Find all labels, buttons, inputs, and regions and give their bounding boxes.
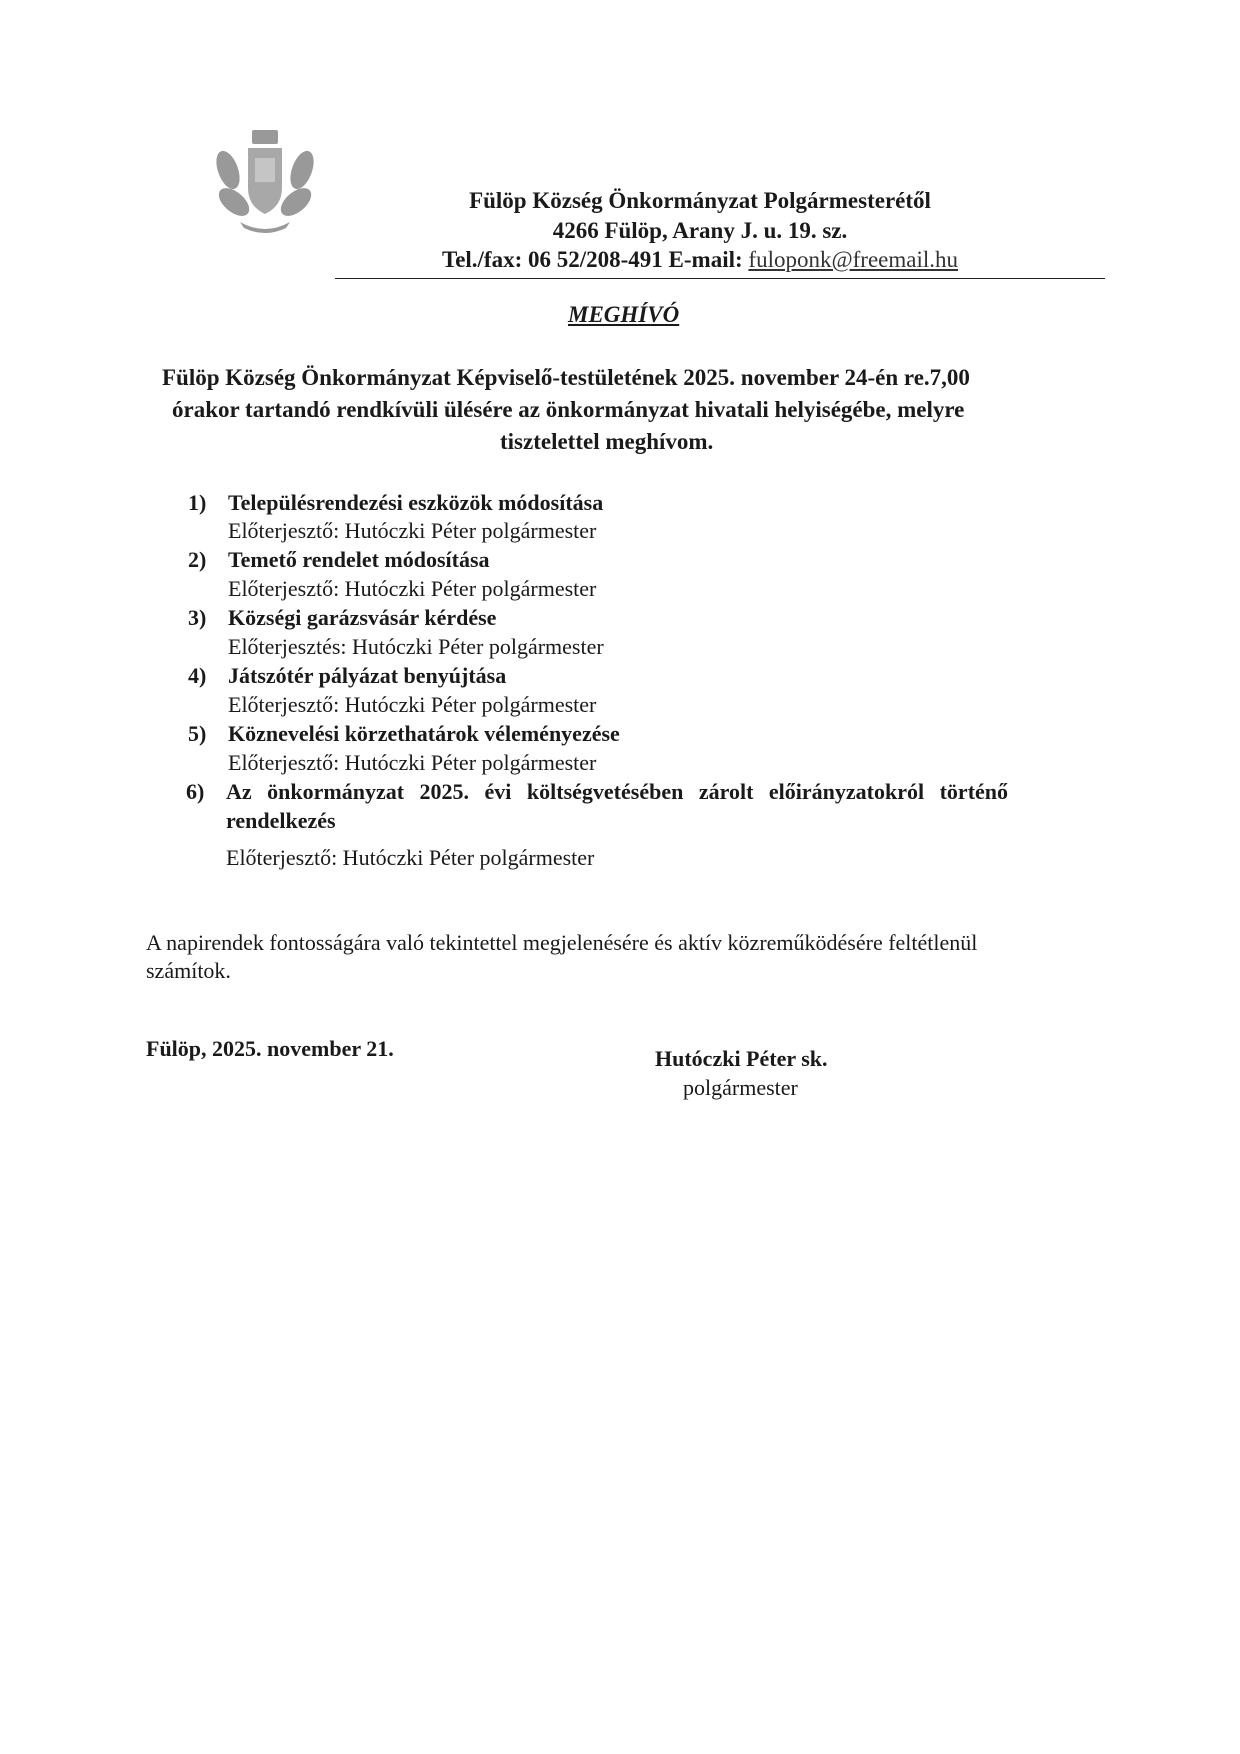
document-title: MEGHÍVÓ bbox=[568, 302, 679, 328]
intro-line-3: tisztelettel meghívom. bbox=[500, 429, 713, 455]
agenda-presenter: Előterjesztő: Hutóczki Péter polgármeste… bbox=[228, 692, 596, 718]
agenda-title: Játszótér pályázat benyújtása bbox=[228, 663, 506, 689]
agenda-title: Településrendezési eszközök módosítása bbox=[228, 490, 603, 516]
signature-name: Hutóczki Péter sk. bbox=[655, 1046, 828, 1072]
agenda-number: 5) bbox=[188, 721, 206, 747]
agenda-presenter: Előterjesztő: Hutóczki Péter polgármeste… bbox=[228, 750, 596, 776]
agenda-title: Köznevelési körzethatárok véleményezése bbox=[228, 721, 620, 747]
agenda-title: Községi garázsvásár kérdése bbox=[228, 605, 496, 631]
intro-line-1: Fülöp Község Önkormányzat Képviselő-test… bbox=[162, 365, 970, 391]
agenda-presenter: Előterjesztő: Hutóczki Péter polgármeste… bbox=[228, 576, 596, 602]
agenda-title: Az önkormányzat 2025. évi költségvetéséb… bbox=[226, 779, 1008, 805]
agenda-title-cont: rendelkezés bbox=[226, 808, 336, 834]
email-link[interactable]: fuloponk@freemail.hu bbox=[748, 247, 958, 272]
signature-role: polgármester bbox=[683, 1075, 798, 1101]
agenda-title: Temető rendelet módosítása bbox=[228, 547, 490, 573]
letterhead-address: 4266 Fülöp, Arany J. u. 19. sz. bbox=[330, 218, 1070, 244]
agenda-number: 6) bbox=[186, 779, 204, 805]
agenda-presenter: Előterjesztés: Hutóczki Péter polgármest… bbox=[228, 634, 604, 660]
agenda-number: 1) bbox=[188, 490, 206, 516]
contact-label: Tel./fax: 06 52/208-491 E-mail: bbox=[442, 247, 748, 272]
agenda-number: 4) bbox=[188, 663, 206, 689]
closing-line-1: A napirendek fontosságára való tekintett… bbox=[146, 930, 977, 956]
letterhead-contact: Tel./fax: 06 52/208-491 E-mail: fuloponk… bbox=[330, 247, 1070, 273]
agenda-number: 3) bbox=[188, 605, 206, 631]
intro-line-2: órakor tartandó rendkívüli ülésére az ön… bbox=[172, 397, 964, 423]
letterhead-line1: Fülöp Község Önkormányzat Polgármesterét… bbox=[330, 188, 1070, 214]
agenda-presenter: Előterjesztő: Hutóczki Péter polgármeste… bbox=[226, 845, 594, 871]
closing-line-2: számítok. bbox=[146, 958, 231, 984]
letterhead-divider bbox=[335, 278, 1105, 279]
date-line: Fülöp, 2025. november 21. bbox=[146, 1036, 394, 1062]
coat-of-arms-icon bbox=[210, 130, 320, 235]
agenda-presenter: Előterjesztő: Hutóczki Péter polgármeste… bbox=[228, 518, 596, 544]
agenda-number: 2) bbox=[188, 547, 206, 573]
